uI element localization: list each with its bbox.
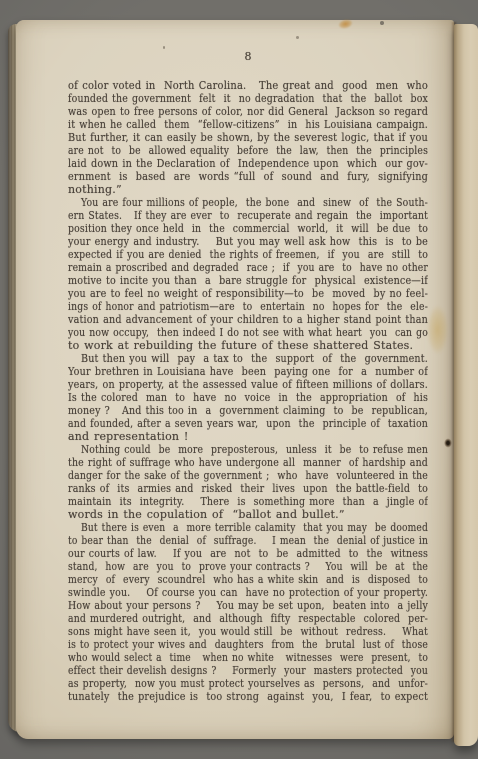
text-line: ings of honor and patriotism—are to ente… — [68, 300, 428, 313]
text-line: effect their develish designs ? Formerly… — [68, 664, 428, 677]
text-line: you now occupy, then indeed I do not see… — [68, 326, 428, 339]
text-line: ern States. If they are ever to recupera… — [68, 209, 428, 222]
text-line: ranks of its armies and risked their liv… — [68, 482, 428, 495]
text-line: words in the copulation of “ballot and b… — [68, 508, 428, 521]
text-line: But there is even a more terrible calami… — [68, 521, 428, 534]
text-line: How about your persons ? You may be set … — [68, 599, 428, 612]
text-line: and murdered outright, and although fift… — [68, 612, 428, 625]
text-line: was open to free persons of color, nor d… — [68, 105, 428, 118]
text-line: our courts of law. If you are not to be … — [68, 547, 428, 560]
text-line: and founded, after a seven years war, up… — [68, 417, 428, 430]
text-line: you are to feel no weight of responsibil… — [68, 287, 428, 300]
page-number: 8 — [68, 50, 428, 63]
text-line: to bear than the denial of suffrage. I m… — [68, 534, 428, 547]
text-line: of color voted in North Carolina. The gr… — [68, 79, 428, 92]
text-line: mercy of every scoundrel who has a white… — [68, 573, 428, 586]
text-line: your energy and industry. But you may we… — [68, 235, 428, 248]
paper-fleck — [296, 36, 299, 39]
photo-backdrop: 8 of color voted in North Carolina. The … — [0, 0, 478, 759]
text-line: motive to incite you than a bare struggl… — [68, 274, 428, 287]
speck-top-right — [380, 21, 384, 25]
text-line: expected if you are denied the rights of… — [68, 248, 428, 261]
text-line: are not to be allowed equality before th… — [68, 144, 428, 157]
ink-speck — [443, 437, 453, 449]
text-line: stand, how are you to prove your contrac… — [68, 560, 428, 573]
text-line: years, on property, at the assessed valu… — [68, 378, 428, 391]
text-line: maintain its integrity. There is somethi… — [68, 495, 428, 508]
text-line: who would select a time when no white wi… — [68, 651, 428, 664]
text-line: tunately the prejudice is too strong aga… — [68, 690, 428, 703]
page-text: of color voted in North Carolina. The gr… — [68, 79, 428, 705]
text-line: But further, it can easily be shown, by … — [68, 131, 428, 144]
text-line: vation and advancement of your children … — [68, 313, 428, 326]
text-line: it when he called them “fellow-citizens”… — [68, 118, 428, 131]
text-line: laid down in the Declaration of Independ… — [68, 157, 428, 170]
text-line: Is the colored man to have no voice in t… — [68, 391, 428, 404]
text-line: as property, now you must protect yourse… — [68, 677, 428, 690]
text-line: position they once held in the commercia… — [68, 222, 428, 235]
text-line: You are four millions of people, the bon… — [68, 196, 428, 209]
text-line: is to protect your wives and daughters f… — [68, 638, 428, 651]
text-line: nothing.” — [68, 183, 428, 196]
paper-fleck — [163, 46, 165, 49]
text-line: Nothing could be more preposterous, unle… — [68, 443, 428, 456]
text-line: ernment is based are words “full of soun… — [68, 170, 428, 183]
text-line: Your brethren in Louisiana have been pay… — [68, 365, 428, 378]
text-line: remain a proscribed and degraded race ; … — [68, 261, 428, 274]
next-page-edge — [454, 24, 478, 746]
text-line: But then you will pay a tax to the suppo… — [68, 352, 428, 365]
text-line: money ? And this too in a government cla… — [68, 404, 428, 417]
text-line: and representation ! — [68, 430, 428, 443]
text-line: swindle you. Of course you can have no p… — [68, 586, 428, 599]
text-line: founded the government felt it no degrad… — [68, 92, 428, 105]
book-page: 8 of color voted in North Carolina. The … — [16, 20, 454, 739]
text-line: to work at rebuilding the future of thes… — [68, 339, 428, 352]
stain-gutter — [425, 300, 453, 366]
text-line: sons might have seen it, you would still… — [68, 625, 428, 638]
text-line: danger for the sake of the government ; … — [68, 469, 428, 482]
text-line: the right of suffrage who have undergone… — [68, 456, 428, 469]
